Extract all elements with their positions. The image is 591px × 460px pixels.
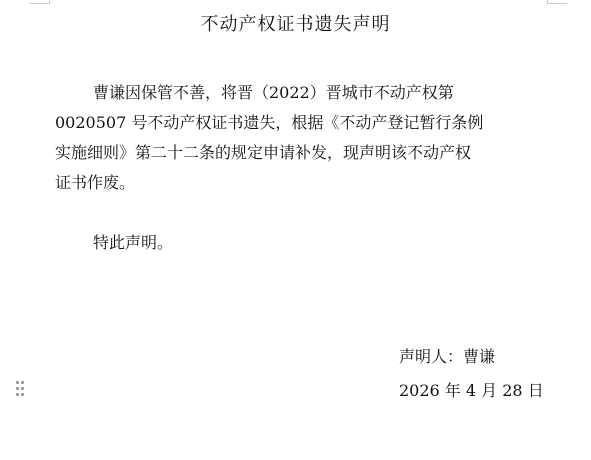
- signature-date: 2026 年 4 月 28 日: [399, 378, 544, 401]
- closing-text: 特此声明。: [55, 228, 555, 258]
- closing-paragraph: 特此声明。: [55, 228, 555, 258]
- document-title: 不动产权证书遗失声明: [0, 10, 591, 36]
- page-corner-mark-right: [547, 0, 567, 4]
- drag-handle-icon[interactable]: [16, 381, 26, 397]
- page-corner-mark-left: [30, 0, 50, 4]
- body-line-4: 证书作废。: [55, 168, 555, 198]
- body-line-1: 曹谦因保管不善，将晋（2022）晋城市不动产权第: [55, 78, 555, 108]
- signature-declarant: 声明人：曹谦: [399, 344, 495, 367]
- body-line-3: 实施细则》第二十二条的规定申请补发，现声明该不动产权: [55, 138, 555, 168]
- body-line-2: 0020507 号不动产权证书遗失，根据《不动产登记暂行条例: [55, 108, 555, 138]
- body-paragraph: 曹谦因保管不善，将晋（2022）晋城市不动产权第 0020507 号不动产权证书…: [55, 78, 555, 198]
